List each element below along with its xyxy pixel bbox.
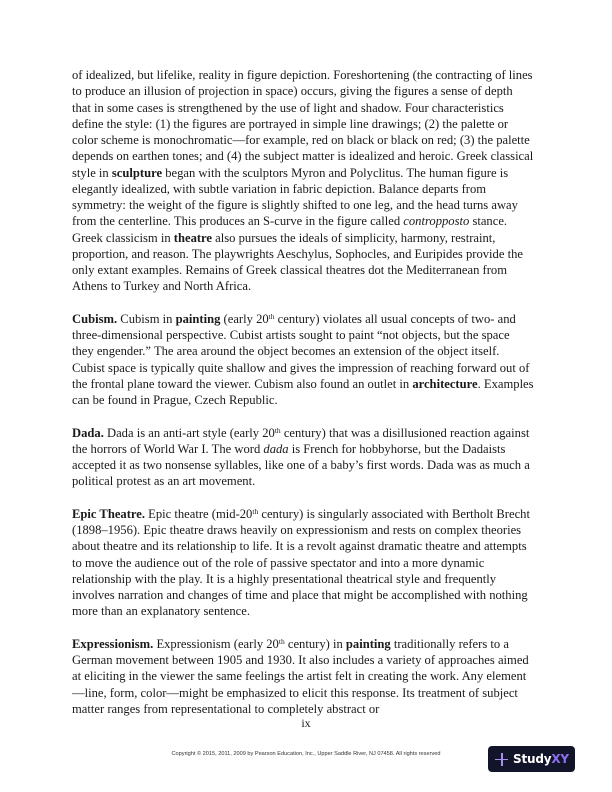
text-run: century) is singularly associated with B… bbox=[72, 507, 530, 619]
plus-icon bbox=[495, 753, 508, 766]
text-bold: painting bbox=[176, 312, 221, 326]
body-text: of idealized, but lifelike, reality in f… bbox=[72, 67, 534, 733]
text-run: Expressionism (early 20 bbox=[153, 637, 279, 651]
text-bold: painting bbox=[346, 637, 391, 651]
text-run: (early 20 bbox=[220, 312, 268, 326]
studyxy-badge[interactable]: StudyXY bbox=[488, 746, 575, 772]
paragraph-greek-classicism: of idealized, but lifelike, reality in f… bbox=[72, 67, 534, 295]
brand-logo-text: StudyXY bbox=[513, 752, 569, 766]
text-run: of idealized, but lifelike, reality in f… bbox=[72, 68, 533, 180]
text-italic: dada bbox=[263, 442, 288, 456]
text-bold: Expressionism. bbox=[72, 637, 153, 651]
paragraph-epic-theatre: Epic Theatre. Epic theatre (mid-20th cen… bbox=[72, 506, 534, 620]
text-run: Epic theatre (mid-20 bbox=[145, 507, 252, 521]
text-bold: architecture bbox=[412, 377, 477, 391]
text-run: Dada is an anti-art style (early 20 bbox=[104, 426, 275, 440]
document-page: of idealized, but lifelike, reality in f… bbox=[0, 0, 612, 792]
text-run: century) in bbox=[285, 637, 346, 651]
paragraph-expressionism: Expressionism. Expressionism (early 20th… bbox=[72, 636, 534, 717]
text-bold: Dada. bbox=[72, 426, 104, 440]
paragraph-dada: Dada. Dada is an anti-art style (early 2… bbox=[72, 425, 534, 490]
brand-accent: XY bbox=[551, 752, 569, 766]
page-number: ix bbox=[0, 716, 612, 731]
brand-main: Study bbox=[513, 752, 551, 766]
text-italic: contropposto bbox=[403, 214, 469, 228]
text-bold: theatre bbox=[174, 231, 212, 245]
paragraph-cubism: Cubism. Cubism in painting (early 20th c… bbox=[72, 311, 534, 409]
text-bold: Cubism. bbox=[72, 312, 117, 326]
text-bold: sculpture bbox=[112, 166, 162, 180]
text-run: Cubism in bbox=[117, 312, 175, 326]
text-bold: Epic Theatre. bbox=[72, 507, 145, 521]
